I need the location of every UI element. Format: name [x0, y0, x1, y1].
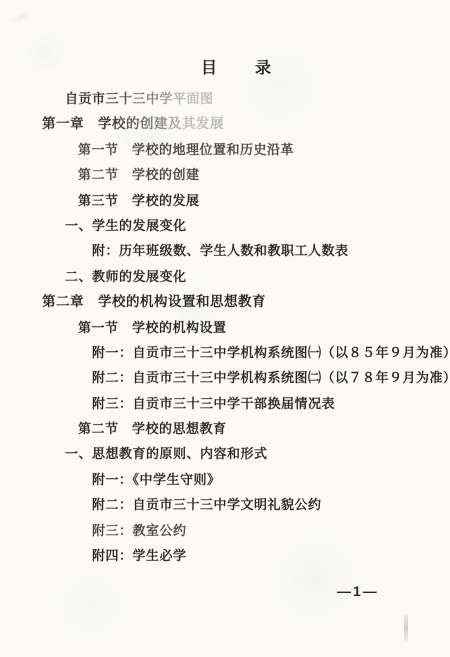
toc-entry: 第二章 学校的机构设置和思想教育 — [0, 294, 450, 319]
page-title: 目 录 — [201, 55, 273, 78]
toc-entry: 附一：《中学生守则》 — [0, 472, 450, 497]
toc-entry: 附二：自贡市三十三中学机构系统图㈡（以７８年９月为准） — [0, 370, 450, 395]
scan-artifact — [404, 615, 408, 641]
scan-smudge — [7, 7, 35, 27]
toc-entry: 附二：自贡市三十三中学文明礼貌公约 — [0, 497, 450, 522]
toc-entry: 附：历年班级数、学生人数和教职工人数表 — [0, 243, 450, 268]
toc-entry: 附三：教室公约 — [0, 523, 450, 548]
toc-entry: 第一章 学校的创建及其发展 — [0, 116, 450, 141]
toc-list: 自贡市三十三中学平面图第一章 学校的创建及其发展第一节 学校的地理位置和历史沿革… — [0, 91, 450, 573]
toc-entry: 附一：自贡市三十三中学机构系统图㈠（以８５年９月为准） — [0, 345, 450, 370]
toc-entry: 第三节 学校的发展 — [0, 193, 450, 218]
toc-entry: 附四：学生必学 — [0, 548, 450, 573]
toc-entry: 一、学生的发展变化 — [0, 218, 450, 243]
page-number: —1— — [337, 583, 379, 599]
toc-entry: 自贡市三十三中学平面图 — [0, 91, 450, 116]
toc-entry: 第一节 学校的机构设置 — [0, 320, 450, 345]
toc-entry: 附三：自贡市三十三中学干部换届情况表 — [0, 396, 450, 421]
toc-entry: 第二节 学校的思想教育 — [0, 421, 450, 446]
toc-entry: 第二节 学校的创建 — [0, 167, 450, 192]
toc-entry: 一、思想教育的原则、内容和形式 — [0, 446, 450, 471]
scanned-page: { "page": { "title": "目 录", "page_number… — [0, 0, 450, 657]
toc-entry: 第一节 学校的地理位置和历史沿革 — [0, 142, 450, 167]
toc-entry: 二、教师的发展变化 — [0, 269, 450, 294]
